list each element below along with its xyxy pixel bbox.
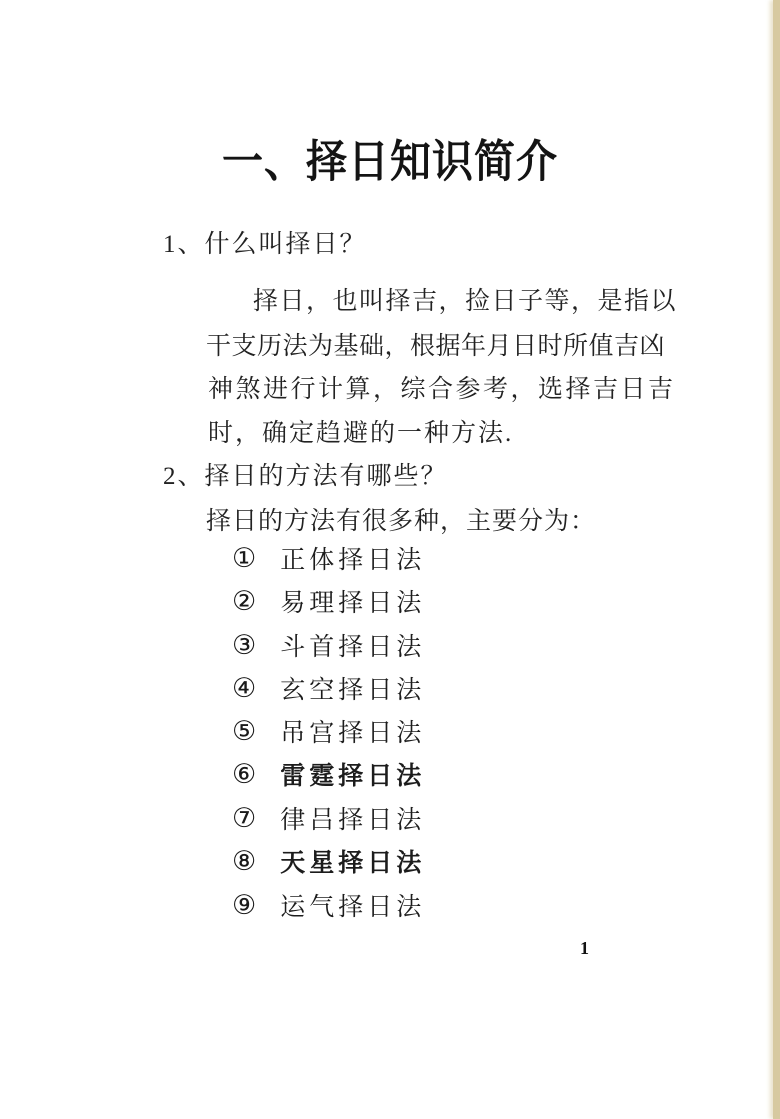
method-label: 天星择日法 bbox=[280, 843, 425, 879]
method-label: 易理择日法 bbox=[280, 583, 425, 619]
question-1-heading: 1、什么叫择日？ bbox=[163, 224, 367, 260]
paragraph-line: 择日，也叫择吉，捡日子等，是指以 bbox=[253, 281, 677, 317]
method-label: 雷霆择日法 bbox=[280, 756, 425, 792]
method-list-item: ③ 斗首择日法 bbox=[232, 630, 425, 660]
paragraph-line: 神煞进行计算，综合参考，选择吉日吉 bbox=[208, 369, 676, 405]
method-list-item: ② 易理择日法 bbox=[232, 586, 425, 616]
circled-number-5: ⑤ bbox=[232, 716, 256, 747]
method-label: 正体择日法 bbox=[280, 540, 425, 576]
page-title: 一、择日知识简介 bbox=[0, 126, 780, 190]
circled-number-4: ④ bbox=[232, 673, 256, 704]
circled-number-9: ⑨ bbox=[232, 890, 256, 921]
method-list-item: ⑦ 律吕择日法 bbox=[232, 803, 425, 833]
method-label: 斗首择日法 bbox=[280, 627, 425, 663]
methods-intro-line: 择日的方法有很多种，主要分为： bbox=[206, 501, 596, 537]
circled-number-3: ③ bbox=[232, 630, 256, 661]
method-list-item: ④ 玄空择日法 bbox=[232, 673, 425, 703]
method-list-item: ⑨ 运气择日法 bbox=[232, 890, 425, 920]
circled-number-8: ⑧ bbox=[232, 846, 256, 877]
circled-number-1: ① bbox=[232, 543, 256, 574]
method-label: 玄空择日法 bbox=[280, 670, 425, 706]
scan-edge-strip bbox=[773, 0, 780, 1119]
scanned-book-page: 一、择日知识简介 1、什么叫择日？ 择日，也叫择吉，捡日子等，是指以 干支历法为… bbox=[0, 0, 780, 1119]
method-label: 律吕择日法 bbox=[280, 800, 425, 836]
question-2-heading: 2、择日的方法有哪些？ bbox=[163, 456, 448, 492]
method-list-item: ⑤ 吊宫择日法 bbox=[232, 716, 425, 746]
page-number: 1 bbox=[580, 938, 589, 959]
method-list-item: ⑥ 雷霆择日法 bbox=[232, 759, 425, 789]
paragraph-line: 时，确定趋避的一种方法. bbox=[208, 413, 513, 449]
circled-number-2: ② bbox=[232, 586, 256, 617]
circled-number-6: ⑥ bbox=[232, 759, 256, 790]
method-label: 运气择日法 bbox=[280, 887, 425, 923]
paragraph-line: 干支历法为基础，根据年月日时所值吉凶 bbox=[206, 326, 665, 362]
method-label: 吊宫择日法 bbox=[280, 713, 425, 749]
method-list-item: ① 正体择日法 bbox=[232, 543, 425, 573]
circled-number-7: ⑦ bbox=[232, 803, 256, 834]
method-list-item: ⑧ 天星择日法 bbox=[232, 846, 425, 876]
